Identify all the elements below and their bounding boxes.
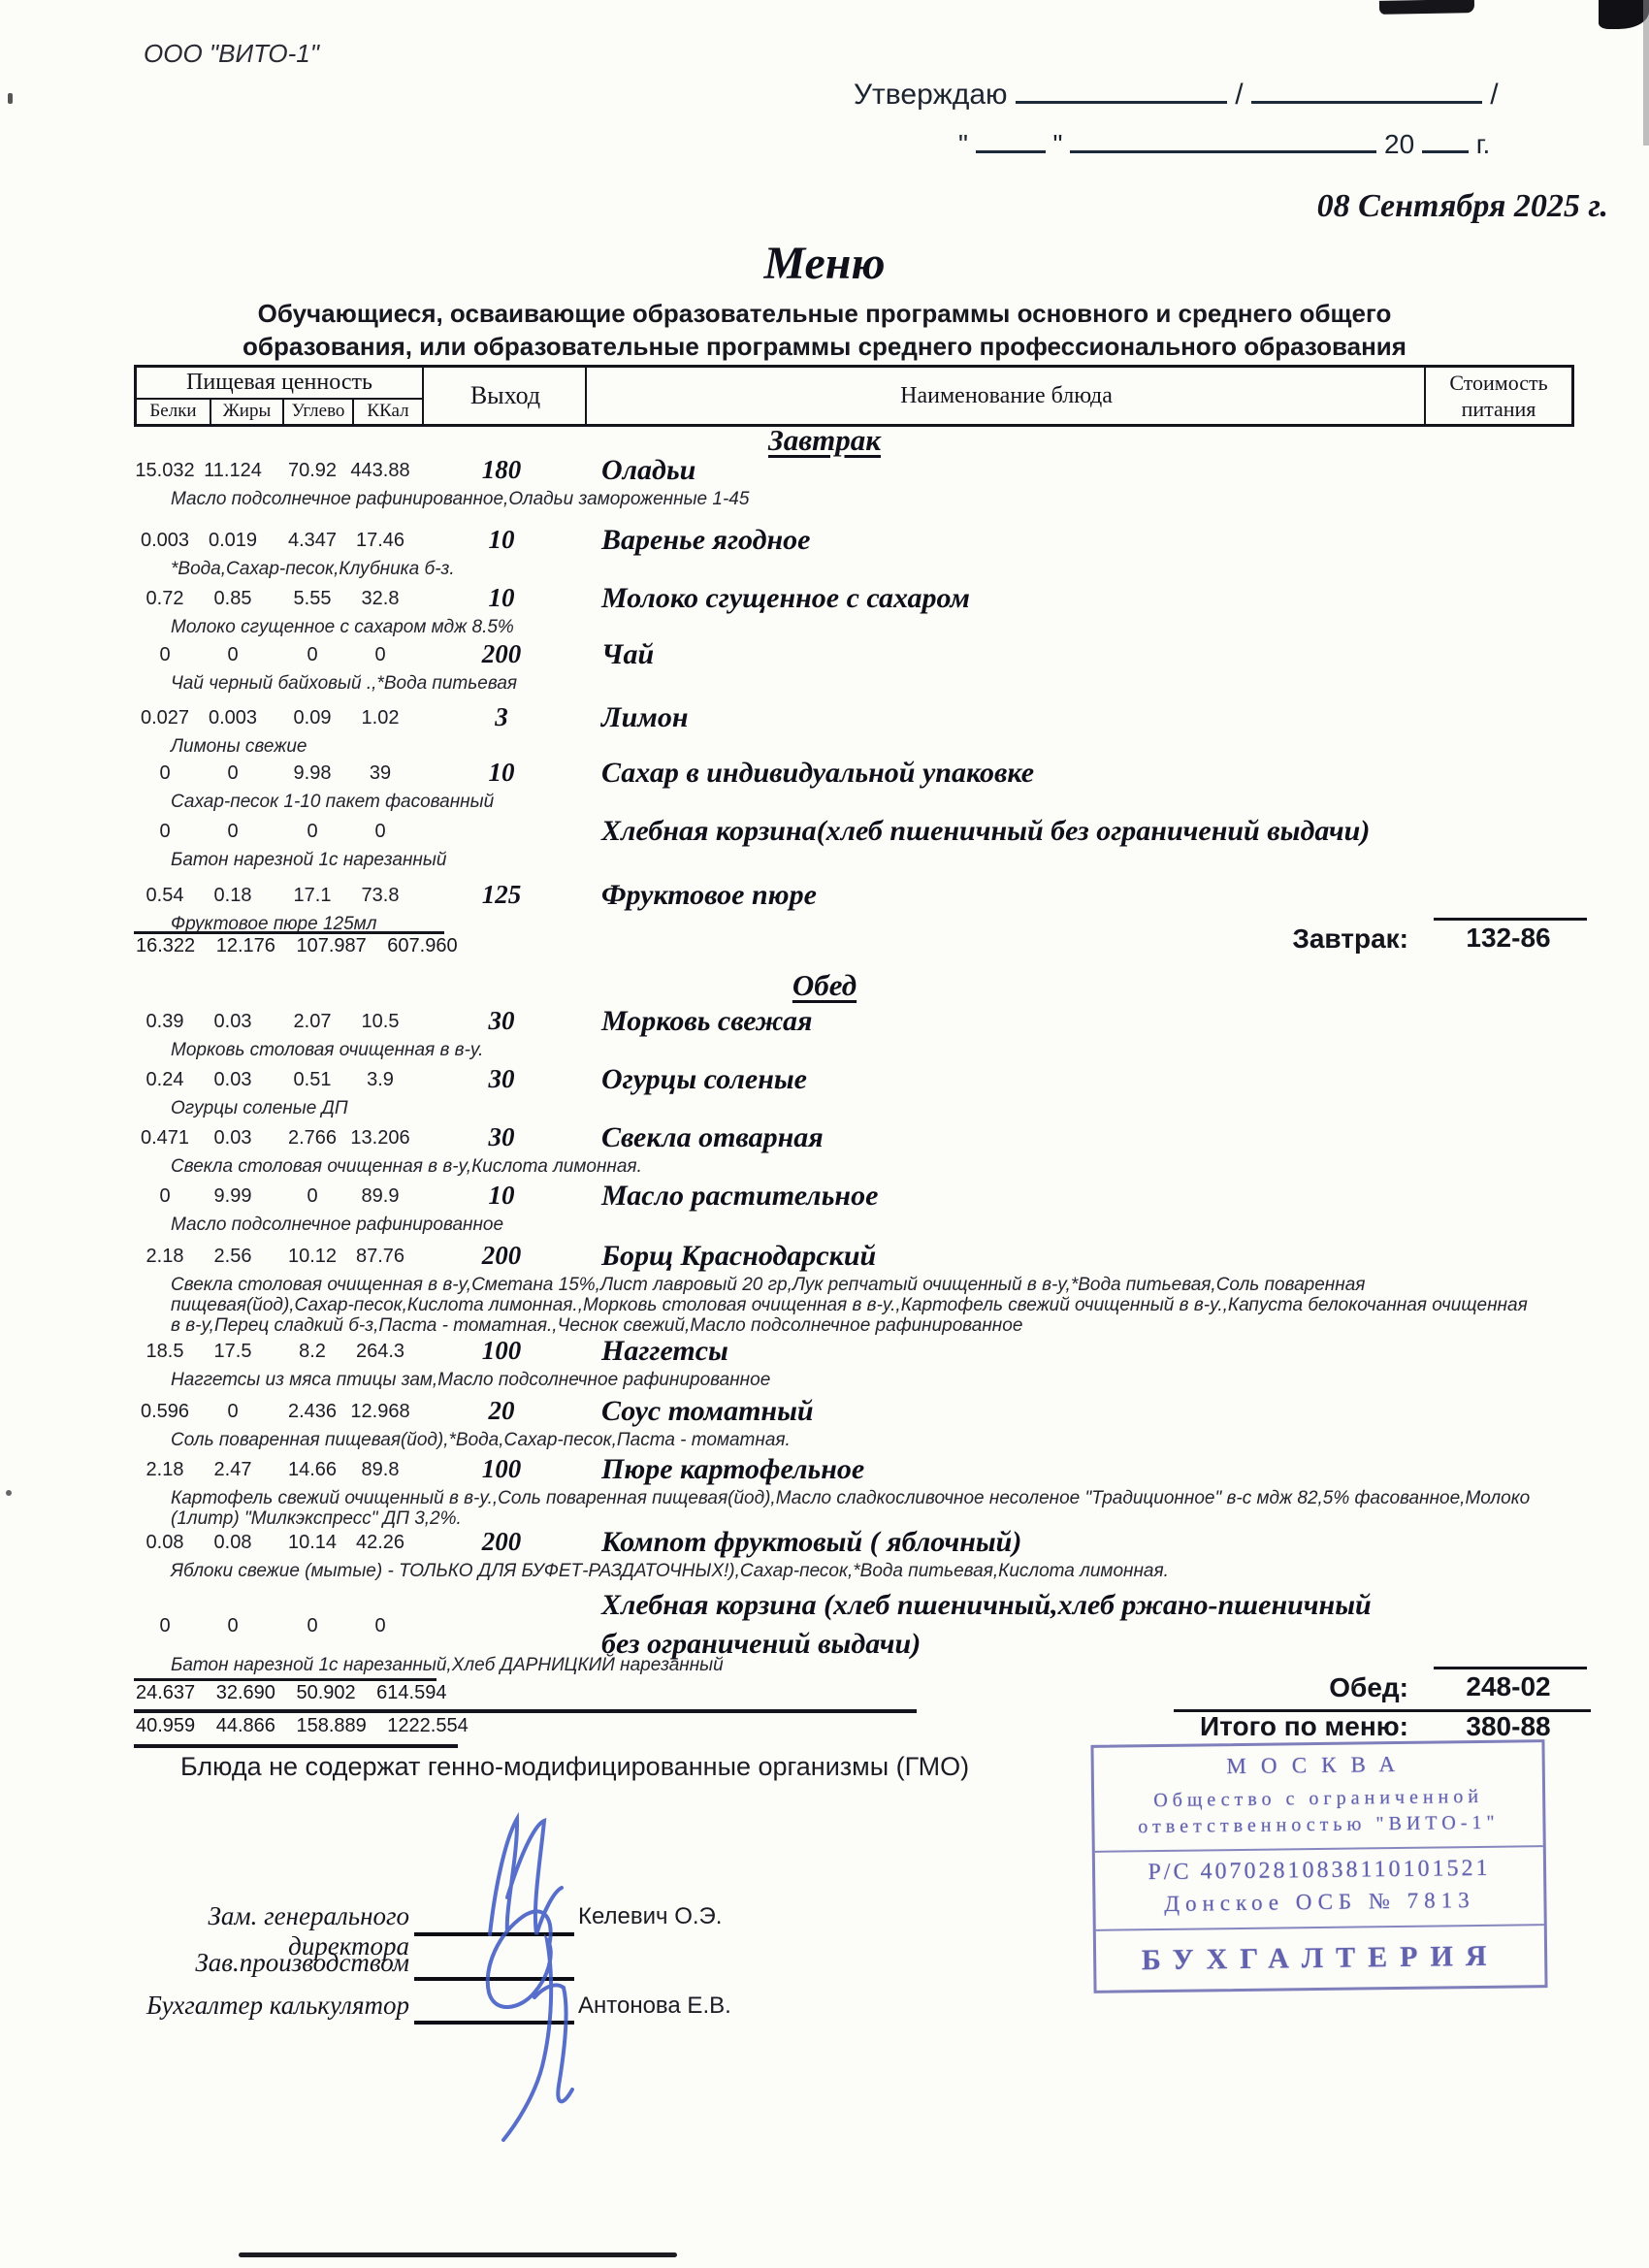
- dish-name: Соус томатный: [601, 1395, 814, 1428]
- approval-blank-1: [1016, 76, 1227, 104]
- scan-speck-1: [8, 93, 13, 104]
- ingredients: Морковь столовая очищенная в в-у.: [171, 1040, 1538, 1060]
- output-value: 125: [438, 880, 565, 910]
- protein-value: 0.027: [130, 707, 200, 729]
- carb-value: 70.92: [277, 460, 347, 482]
- approval-line-2: " " 20 г.: [958, 125, 1610, 160]
- fat-value: 0: [198, 1615, 268, 1637]
- fat-value: 0.03: [198, 1127, 268, 1150]
- ingredients: Яблоки свежие (мытые) - ТОЛЬКО ДЛЯ БУФЕТ…: [171, 1561, 1538, 1581]
- kcal-value: 12.968: [339, 1401, 421, 1423]
- ingredients: Чай черный байховый .,*Вода питьевая: [171, 673, 1538, 694]
- subtitle-line-1: Обучающиеся, осваивающие образовательные…: [116, 297, 1533, 330]
- dish-name: Хлебная корзина (хлеб пшеничный,хлеб ржа…: [601, 1586, 1377, 1663]
- menu-row: 0.240.030.513.930Огурцы соленыеОгурцы со…: [0, 1069, 1649, 1127]
- stamp-top-section: МОСКВА Общество с ограниченной ответстве…: [1093, 1742, 1542, 1853]
- dish-name: Наггетсы: [601, 1335, 728, 1368]
- breakfast-cost-rule: [1434, 918, 1587, 921]
- slash-2: /: [1490, 79, 1498, 111]
- menu-row: 0.0030.0194.34717.4610Варенье ягодное*Во…: [0, 530, 1649, 588]
- year-blank: [1422, 125, 1469, 153]
- lunch-cost-value: 248-02: [1436, 1671, 1581, 1702]
- dish-name: Свекла отварная: [601, 1121, 824, 1154]
- lunch-cost-rule: [1434, 1667, 1587, 1669]
- grand-total-values: 40.959 44.866 158.889 1222.554: [136, 1715, 469, 1737]
- dish-name: Борщ Краснодарский: [601, 1240, 876, 1273]
- dish-name: Компот фруктовый ( яблочный): [601, 1526, 1021, 1559]
- fat-value: 0.08: [198, 1532, 268, 1554]
- fat-value: 0: [198, 644, 268, 666]
- dish-name: Чай: [601, 638, 654, 671]
- ingredients: *Вода,Сахар-песок,Клубника б-з.: [171, 559, 1538, 579]
- carb-value: 5.55: [277, 588, 347, 610]
- fat-value: 0: [198, 762, 268, 785]
- approval-block: Утверждаю / / " " 20 г.: [854, 76, 1610, 160]
- protein-value: 18.5: [130, 1341, 200, 1363]
- kcal-value: 87.76: [339, 1246, 421, 1268]
- kcal-value: 89.9: [339, 1185, 421, 1208]
- menu-date: 08 Сентября 2025 г.: [1317, 188, 1608, 225]
- fat-value: 0.85: [198, 588, 268, 610]
- ingredients: Свекла столовая очищенная в в-у,Кислота …: [171, 1156, 1538, 1177]
- breakfast-cost-label: Завтрак:: [1203, 923, 1408, 955]
- fat-value: 2.56: [198, 1246, 268, 1268]
- output-value: 30: [438, 1122, 565, 1152]
- breakfast-cost-value: 132-86: [1436, 923, 1581, 954]
- approval-blank-2: [1251, 76, 1482, 104]
- signature-stroke-accountant-1: [488, 1911, 551, 2140]
- output-value: 10: [438, 583, 565, 613]
- day-blank: [976, 125, 1046, 153]
- scan-artifact-top-2: [1599, 0, 1649, 29]
- accounting-stamp: МОСКВА Общество с ограниченной ответстве…: [1090, 1739, 1547, 1993]
- grand-total-rule-left: [134, 1709, 917, 1713]
- kcal-value: 32.8: [339, 588, 421, 610]
- protein-value: 0.39: [130, 1011, 200, 1033]
- scan-edge-shadow: [1643, 0, 1649, 146]
- carb-value: 0.51: [277, 1069, 347, 1091]
- stamp-bank: Донское ОСБ № 7813: [1095, 1887, 1543, 1918]
- ingredients: Картофель свежий очищенный в в-у.,Соль п…: [171, 1488, 1538, 1529]
- carb-value: 4.347: [277, 530, 347, 552]
- protein-value: 0: [130, 821, 200, 843]
- kcal-value: 0: [339, 1615, 421, 1637]
- fat-value: 11.124: [198, 460, 268, 482]
- ingredients: Огурцы соленые ДП: [171, 1098, 1538, 1118]
- menu-row: 0000200ЧайЧай черный байховый .,*Вода пи…: [0, 644, 1649, 707]
- menu-row: 0000Хлебная корзина (хлеб пшеничный,хлеб…: [0, 1590, 1649, 1672]
- carb-value: 9.98: [277, 762, 347, 785]
- carb-value: 2.766: [277, 1127, 347, 1150]
- signature-role-2: Зав.производством: [107, 1948, 409, 1978]
- output-value: 10: [438, 758, 565, 788]
- quote-open: ": [958, 129, 968, 159]
- protein-value: 0: [130, 1615, 200, 1637]
- page-title: Меню: [0, 237, 1649, 290]
- kcal-value: 0: [339, 644, 421, 666]
- kcal-value: 17.46: [339, 530, 421, 552]
- dish-name: Фруктовое пюре: [601, 879, 817, 912]
- dish-name: Лимон: [601, 701, 688, 734]
- protein-value: 15.032: [130, 460, 200, 482]
- kcal-value: 443.88: [339, 460, 421, 482]
- table-header: Пищевая ценность Белки Жиры Углево ККал …: [134, 365, 1574, 427]
- kcal-value: 264.3: [339, 1341, 421, 1363]
- kcal-value: 13.206: [339, 1127, 421, 1150]
- year-suffix: г.: [1476, 129, 1491, 159]
- fat-value: 0.03: [198, 1011, 268, 1033]
- menu-row: 2.182.5610.1287.76200Борщ КраснодарскийС…: [0, 1246, 1649, 1341]
- output-value: 200: [438, 1527, 565, 1557]
- fat-value: 0.03: [198, 1069, 268, 1091]
- output-value: 100: [438, 1454, 565, 1484]
- fat-value: 0.019: [198, 530, 268, 552]
- menu-subtitle: Обучающиеся, осваивающие образовательные…: [116, 297, 1533, 363]
- carb-value: 0.09: [277, 707, 347, 729]
- month-blank: [1070, 125, 1376, 153]
- fat-value: 2.47: [198, 1459, 268, 1481]
- protein-value: 0.471: [130, 1127, 200, 1150]
- output-column-header: Выход: [422, 368, 587, 424]
- nutrition-subheaders: Белки Жиры Углево ККал: [137, 400, 422, 424]
- protein-value: 0.003: [130, 530, 200, 552]
- stamp-department: БУХГАЛТЕРИЯ: [1096, 1926, 1545, 1978]
- stamp-city: МОСКВА: [1094, 1750, 1542, 1781]
- ingredients: Свекла столовая очищенная в в-у,Сметана …: [171, 1275, 1538, 1336]
- dish-name: Огурцы соленые: [601, 1063, 807, 1096]
- ingredients: Лимоны свежие: [171, 736, 1538, 757]
- ingredients: Масло подсолнечное рафинированное,Оладьи…: [171, 489, 1538, 509]
- grand-total-value: 380-88: [1436, 1711, 1581, 1742]
- dish-name: Молоко сгущенное с сахаром: [601, 582, 970, 615]
- carb-value: 2.07: [277, 1011, 347, 1033]
- dish-name: Морковь свежая: [601, 1005, 812, 1038]
- dish-name: Хлебная корзина(хлеб пшеничный без огран…: [601, 815, 1370, 848]
- output-value: 200: [438, 639, 565, 669]
- nutrition-header: Пищевая ценность: [137, 368, 422, 400]
- kcal-value: 0: [339, 821, 421, 843]
- carb-value: 17.1: [277, 885, 347, 907]
- protein-value: 2.18: [130, 1459, 200, 1481]
- protein-value: 0: [130, 644, 200, 666]
- protein-value: 2.18: [130, 1246, 200, 1268]
- kcal-value: 1.02: [339, 707, 421, 729]
- lunch-totals: 24.637 32.690 50.902 614.594 Обед: 248-0…: [0, 1665, 1649, 1707]
- approval-label: Утверждаю: [854, 79, 1008, 111]
- cost-header-line-2: питания: [1426, 396, 1571, 422]
- quote-close: ": [1053, 129, 1063, 159]
- output-value: 3: [438, 702, 565, 732]
- fat-value: 0: [198, 1401, 268, 1423]
- kcal-value: 39: [339, 762, 421, 785]
- breakfast-totals-values: 16.322 12.176 107.987 607.960: [136, 935, 458, 957]
- menu-row: 0.0270.0030.091.023ЛимонЛимоны свежие: [0, 707, 1649, 762]
- signature-stroke-accountant-2: [534, 1985, 572, 2101]
- protein-value: 0.24: [130, 1069, 200, 1091]
- dish-name: Оладьи: [601, 454, 695, 487]
- approval-line-1: Утверждаю / /: [854, 76, 1610, 112]
- fat-value: 0.18: [198, 885, 268, 907]
- carb-value: 0: [277, 1615, 347, 1637]
- lunch-cost-label: Обед:: [1203, 1672, 1408, 1703]
- lunch-totals-values: 24.637 32.690 50.902 614.594: [136, 1682, 446, 1704]
- menu-row: 0.59602.43612.96820Соус томатныйСоль пов…: [0, 1401, 1649, 1459]
- signature-stroke-director: [490, 1819, 562, 1934]
- organization-name: ООО "ВИТО-1": [144, 39, 319, 69]
- dish-name: Варенье ягодное: [601, 524, 811, 557]
- protein-value: 0.596: [130, 1401, 200, 1423]
- year-prefix: 20: [1384, 129, 1414, 159]
- stamp-org-line-2: ответственностью "ВИТО-1": [1094, 1809, 1542, 1841]
- stamp-middle-section: Р/С 40702810838110101521 Донское ОСБ № 7…: [1095, 1847, 1544, 1931]
- fat-value: 0.003: [198, 707, 268, 729]
- output-value: 20: [438, 1396, 565, 1426]
- output-value: 10: [438, 1181, 565, 1211]
- grand-total-underline: [134, 1744, 458, 1748]
- output-value: 30: [438, 1064, 565, 1094]
- ingredients: Молоко сгущенное с сахаром мдж 8.5%: [171, 617, 1538, 637]
- dish-name: Сахар в индивидуальной упаковке: [601, 757, 1034, 790]
- fat-value: 9.99: [198, 1185, 268, 1208]
- protein-value: 0: [130, 1185, 200, 1208]
- dish-column-header: Наименование блюда: [585, 368, 1426, 424]
- lunch-rows: 0.390.032.0710.530Морковь свежаяМорковь …: [0, 1011, 1649, 1672]
- signature-role-3: Бухгалтер калькулятор: [107, 1991, 409, 2021]
- lunch-section-header: Обед: [0, 968, 1649, 1003]
- protein-col-header: Белки: [137, 400, 211, 424]
- breakfast-totals: 16.322 12.176 107.987 607.960 Завтрак: 1…: [0, 918, 1649, 962]
- ingredients: Масло подсолнечное рафинированное: [171, 1215, 1538, 1235]
- output-value: 180: [438, 455, 565, 485]
- scan-artifact-bottom-line: [239, 2252, 677, 2257]
- menu-row: 0000Хлебная корзина(хлеб пшеничный без о…: [0, 821, 1649, 885]
- menu-row: 0.4710.032.76613.20630Свекла отварнаяСве…: [0, 1127, 1649, 1185]
- breakfast-section-header: Завтрак: [0, 423, 1649, 458]
- carb-value: 10.14: [277, 1532, 347, 1554]
- menu-row: 15.03211.12470.92443.88180ОладьиМасло по…: [0, 460, 1649, 530]
- grand-total-label: Итого по меню:: [1086, 1711, 1408, 1742]
- cost-column-header: Стоимость питания: [1424, 368, 1571, 424]
- kcal-value: 89.8: [339, 1459, 421, 1481]
- dish-name: Масло растительное: [601, 1180, 878, 1213]
- lunch-totals-rule: [134, 1678, 436, 1681]
- ingredients: Соль поваренная пищевая(йод),*Вода,Сахар…: [171, 1430, 1538, 1450]
- carb-value: 10.12: [277, 1246, 347, 1268]
- output-value: 100: [438, 1336, 565, 1366]
- kcal-value: 42.26: [339, 1532, 421, 1554]
- fat-value: 0: [198, 821, 268, 843]
- ingredients: Наггетсы из мяса птицы зам,Масло подсолн…: [171, 1370, 1538, 1390]
- fat-col-header: Жиры: [211, 400, 284, 424]
- fat-value: 17.5: [198, 1341, 268, 1363]
- cost-header-line-1: Стоимость: [1426, 370, 1571, 396]
- output-value: 30: [438, 1006, 565, 1036]
- menu-document-page: ООО "ВИТО-1" Утверждаю / / " " 20 г. 08 …: [0, 0, 1649, 2268]
- carb-value: 0: [277, 1185, 347, 1208]
- kcal-value: 3.9: [339, 1069, 421, 1091]
- menu-row: 2.182.4714.6689.8100Пюре картофельноеКар…: [0, 1459, 1649, 1532]
- menu-row: 0.080.0810.1442.26200Компот фруктовый ( …: [0, 1532, 1649, 1590]
- menu-row: 009.983910Сахар в индивидуальной упаковк…: [0, 762, 1649, 821]
- kcal-value: 10.5: [339, 1011, 421, 1033]
- carb-value: 0: [277, 821, 347, 843]
- stamp-account-number: Р/С 40702810838110101521: [1095, 1855, 1543, 1887]
- scan-speck-2: [6, 1490, 12, 1496]
- menu-row: 09.99089.910Масло растительноеМасло подс…: [0, 1185, 1649, 1246]
- carb-value: 8.2: [277, 1341, 347, 1363]
- menu-row: 18.517.58.2264.3100НаггетсыНаггетсы из м…: [0, 1341, 1649, 1401]
- menu-row: 0.390.032.0710.530Морковь свежаяМорковь …: [0, 1011, 1649, 1069]
- dish-name: Пюре картофельное: [601, 1453, 864, 1486]
- kcal-col-header: ККал: [354, 400, 422, 424]
- kcal-value: 73.8: [339, 885, 421, 907]
- scan-artifact-top-1: [1379, 0, 1474, 15]
- protein-value: 0: [130, 762, 200, 785]
- carb-value: 14.66: [277, 1459, 347, 1481]
- protein-value: 0.72: [130, 588, 200, 610]
- carb-value: 2.436: [277, 1401, 347, 1423]
- breakfast-rows: 15.03211.12470.92443.88180ОладьиМасло по…: [0, 460, 1649, 933]
- subtitle-line-2: образования, или образовательные програм…: [116, 330, 1533, 363]
- output-value: 10: [438, 525, 565, 555]
- carb-value: 0: [277, 644, 347, 666]
- breakfast-totals-rule: [134, 931, 444, 934]
- gmo-note: Блюда не содержат генно-модифицированные…: [180, 1752, 969, 1782]
- carb-col-header: Углево: [284, 400, 354, 424]
- protein-value: 0.54: [130, 885, 200, 907]
- ingredients: Сахар-песок 1-10 пакет фасованный: [171, 792, 1538, 812]
- protein-value: 0.08: [130, 1532, 200, 1554]
- output-value: 200: [438, 1241, 565, 1271]
- slash-1: /: [1235, 79, 1243, 111]
- menu-row: 0.720.855.5532.810Молоко сгущенное с сах…: [0, 588, 1649, 644]
- handwritten-signatures: [407, 1802, 669, 2171]
- ingredients: Батон нарезной 1с нарезанный: [171, 850, 1538, 870]
